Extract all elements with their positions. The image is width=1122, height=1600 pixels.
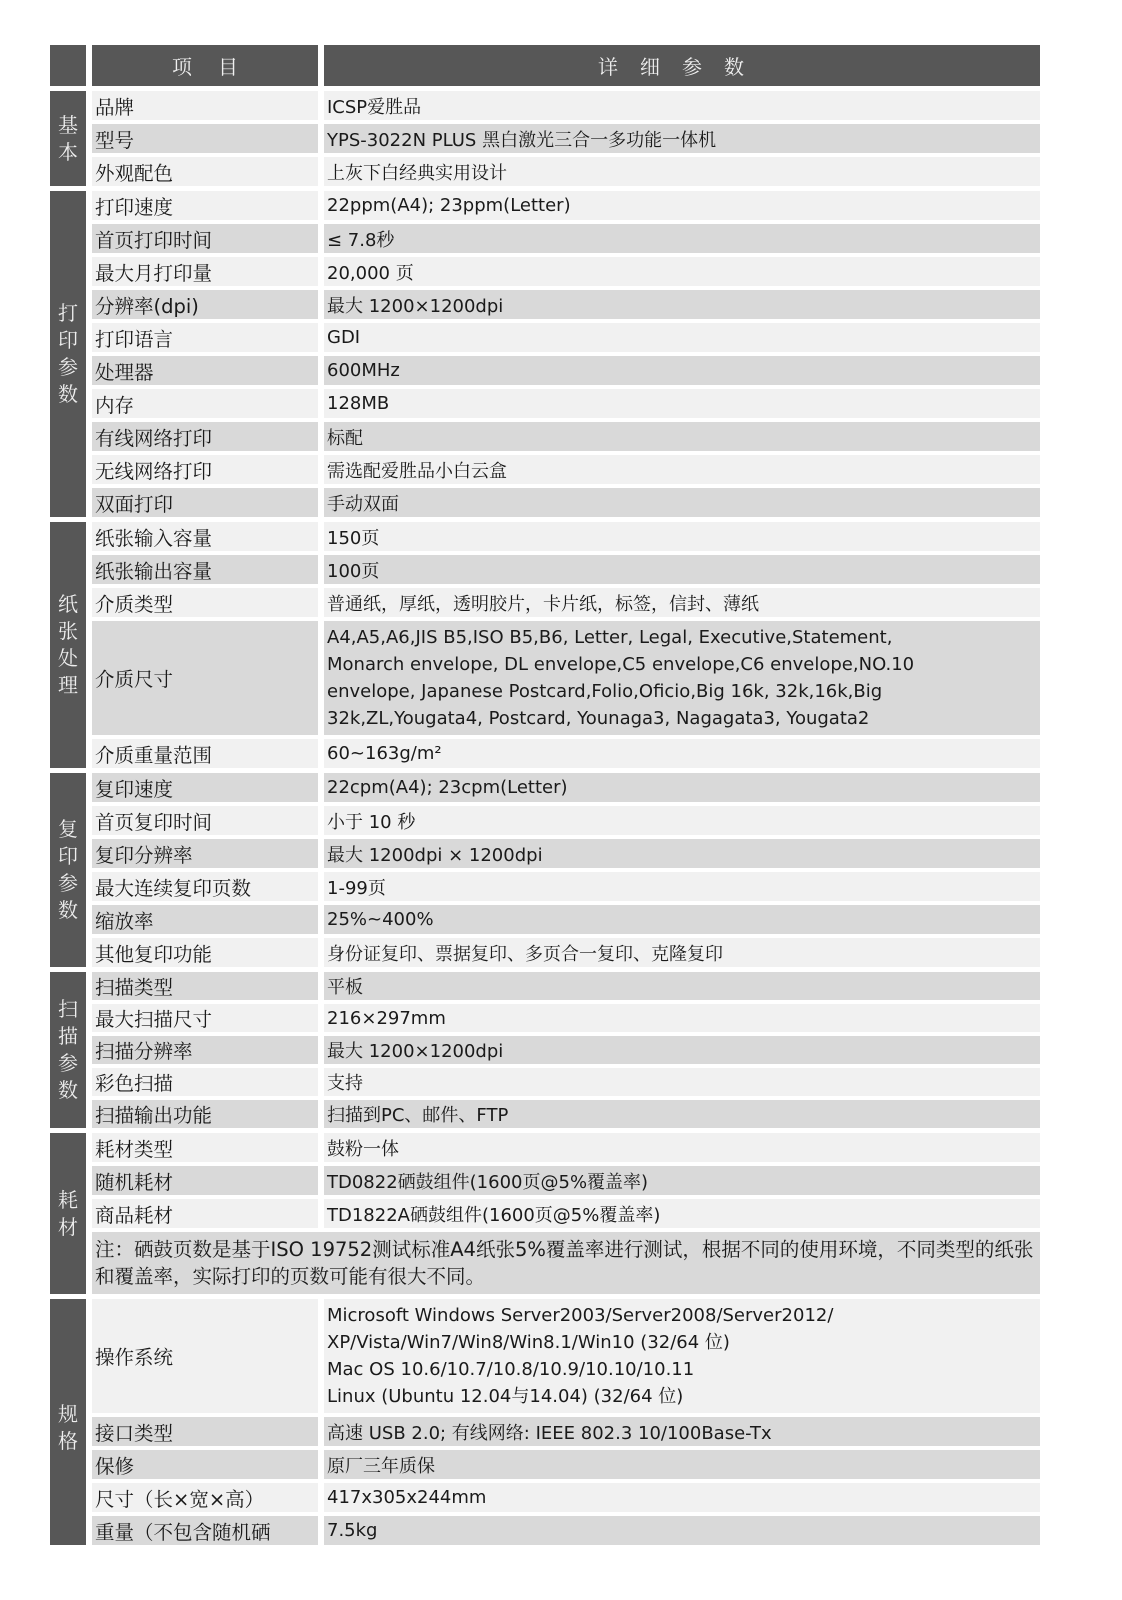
table-row: 纸张输入容量150页 [92, 522, 1040, 551]
table-row: 首页打印时间≤ 7.8秒 [92, 224, 1040, 253]
row-key: 介质尺寸 [92, 621, 318, 735]
group-label-text: 扫描参数 [58, 996, 78, 1104]
row-value: 上灰下白经典实用设计 [324, 157, 1040, 186]
table-row: 最大扫描尺寸216×297mm [92, 1004, 1040, 1032]
row-value: 需选配爱胜品小白云盒 [324, 455, 1040, 484]
row-key: 随机耗材 [92, 1166, 318, 1195]
table-row: 介质尺寸 A4,A5,A6,JIS B5,ISO B5,B6, Letter, … [92, 621, 1040, 735]
table-row: 双面打印手动双面 [92, 488, 1040, 517]
row-key: 首页复印时间 [92, 806, 318, 835]
consumables-note: 注：硒鼓页数是基于ISO 19752测试标准A4纸张5%覆盖率进行测试，根据不同… [92, 1232, 1040, 1294]
row-value: 原厂三年质保 [324, 1450, 1040, 1479]
table-row: 其他复印功能身份证复印、票据复印、多页合一复印、克隆复印 [92, 938, 1040, 967]
row-key: 彩色扫描 [92, 1068, 318, 1096]
row-value: 7.5kg [324, 1516, 1040, 1545]
table-row: 扫描输出功能扫描到PC、邮件、FTP [92, 1100, 1040, 1128]
row-value: 25%~400% [324, 905, 1040, 934]
row-value: 手动双面 [324, 488, 1040, 517]
row-value: 高速 USB 2.0; 有线网络: IEEE 802.3 10/100Base-… [324, 1417, 1040, 1446]
table-row: 有线网络打印标配 [92, 422, 1040, 451]
row-key: 最大扫描尺寸 [92, 1004, 318, 1032]
table-row: 重量（不包含随机硒7.5kg [92, 1516, 1040, 1545]
value-line: 32k,ZL,Yougata4, Postcard, Younaga3, Nag… [327, 705, 869, 732]
row-key: 重量（不包含随机硒 [92, 1516, 318, 1545]
row-key: 外观配色 [92, 157, 318, 186]
group-label-text: 打印参数 [58, 300, 78, 408]
row-value: 1-99页 [324, 872, 1040, 901]
value-line: envelope, Japanese Postcard,Folio,Oficio… [327, 678, 882, 705]
row-key: 型号 [92, 124, 318, 153]
header-detail-column: 详细参数 [324, 45, 1040, 86]
row-value: 60~163g/m² [324, 739, 1040, 768]
row-value: 150页 [324, 522, 1040, 551]
row-key: 保修 [92, 1450, 318, 1479]
header-group-cell [50, 45, 86, 86]
row-key: 尺寸（长×宽×高） [92, 1483, 318, 1512]
row-key: 打印语言 [92, 323, 318, 352]
row-value: YPS-3022N PLUS 黑白激光三合一多功能一体机 [324, 124, 1040, 153]
row-value: 平板 [324, 972, 1040, 1000]
table-row: 品牌ICSP爱胜品 [92, 91, 1040, 120]
row-key: 分辨率(dpi) [92, 290, 318, 319]
row-value: GDI [324, 323, 1040, 352]
row-key: 扫描输出功能 [92, 1100, 318, 1128]
table-row: 最大连续复印页数1-99页 [92, 872, 1040, 901]
table-header: 项目 详细参数 [50, 45, 1040, 86]
table-row: 处理器600MHz [92, 356, 1040, 385]
table-row: 操作系统 Microsoft Windows Server2003/Server… [92, 1299, 1040, 1413]
row-value: 20,000 页 [324, 257, 1040, 286]
row-key: 打印速度 [92, 191, 318, 220]
table-row: 打印语言GDI [92, 323, 1040, 352]
group-label-text: 耗材 [58, 1187, 78, 1241]
row-key: 介质类型 [92, 588, 318, 617]
value-line: XP/Vista/Win7/Win8/Win8.1/Win10 (32/64 位… [327, 1329, 730, 1356]
row-key: 最大连续复印页数 [92, 872, 318, 901]
table-row: 彩色扫描支持 [92, 1068, 1040, 1096]
row-key: 品牌 [92, 91, 318, 120]
group-label-text: 规格 [58, 1401, 78, 1455]
table-row: 复印分辨率最大 1200dpi × 1200dpi [92, 839, 1040, 868]
group-paper: 纸张处理 纸张输入容量150页 纸张输出容量100页 介质类型普通纸，厚纸，透明… [50, 522, 1040, 768]
row-value: 最大 1200×1200dpi [324, 290, 1040, 319]
row-key: 操作系统 [92, 1299, 318, 1413]
group-label: 扫描参数 [50, 972, 86, 1128]
row-key: 有线网络打印 [92, 422, 318, 451]
table-row: 缩放率25%~400% [92, 905, 1040, 934]
group-scan: 扫描参数 扫描类型平板 最大扫描尺寸216×297mm 扫描分辨率最大 1200… [50, 972, 1040, 1128]
group-label-text: 复印参数 [58, 816, 78, 924]
group-label: 耗材 [50, 1133, 86, 1294]
table-row: 内存128MB [92, 389, 1040, 418]
value-line: A4,A5,A6,JIS B5,ISO B5,B6, Letter, Legal… [327, 624, 892, 651]
row-value: ≤ 7.8秒 [324, 224, 1040, 253]
value-line: Monarch envelope, DL envelope,C5 envelop… [327, 651, 914, 678]
row-key: 扫描分辨率 [92, 1036, 318, 1064]
group-label: 复印参数 [50, 773, 86, 967]
table-row: 介质重量范围60~163g/m² [92, 739, 1040, 768]
table-row: 随机耗材TD0822硒鼓组件(1600页@5%覆盖率) [92, 1166, 1040, 1195]
row-key: 首页打印时间 [92, 224, 318, 253]
row-key: 耗材类型 [92, 1133, 318, 1162]
table-row: 保修原厂三年质保 [92, 1450, 1040, 1479]
row-key: 其他复印功能 [92, 938, 318, 967]
value-line: Mac OS 10.6/10.7/10.8/10.9/10.10/10.11 [327, 1356, 694, 1383]
row-value: 最大 1200×1200dpi [324, 1036, 1040, 1064]
row-value: 128MB [324, 389, 1040, 418]
table-row: 尺寸（长×宽×高）417x305x244mm [92, 1483, 1040, 1512]
row-key: 无线网络打印 [92, 455, 318, 484]
group-print: 打印参数 打印速度22ppm(A4); 23ppm(Letter) 首页打印时间… [50, 191, 1040, 517]
table-row: 商品耗材TD1822A硒鼓组件(1600页@5%覆盖率) [92, 1199, 1040, 1228]
table-row: 首页复印时间小于 10 秒 [92, 806, 1040, 835]
group-basic: 基本 品牌ICSP爱胜品 型号YPS-3022N PLUS 黑白激光三合一多功能… [50, 91, 1040, 186]
row-value: 600MHz [324, 356, 1040, 385]
table-row: 打印速度22ppm(A4); 23ppm(Letter) [92, 191, 1040, 220]
row-value: 417x305x244mm [324, 1483, 1040, 1512]
header-item-column: 项目 [92, 45, 318, 86]
row-key: 纸张输入容量 [92, 522, 318, 551]
group-specs: 规格 操作系统 Microsoft Windows Server2003/Ser… [50, 1299, 1040, 1545]
group-copy: 复印参数 复印速度22cpm(A4); 23cpm(Letter) 首页复印时间… [50, 773, 1040, 967]
row-value: TD1822A硒鼓组件(1600页@5%覆盖率) [324, 1199, 1040, 1228]
row-value: 扫描到PC、邮件、FTP [324, 1100, 1040, 1128]
row-value: 最大 1200dpi × 1200dpi [324, 839, 1040, 868]
row-value-multiline: A4,A5,A6,JIS B5,ISO B5,B6, Letter, Legal… [324, 621, 1040, 735]
row-value: 鼓粉一体 [324, 1133, 1040, 1162]
group-label: 规格 [50, 1299, 86, 1545]
row-key: 双面打印 [92, 488, 318, 517]
table-row-note: 注：硒鼓页数是基于ISO 19752测试标准A4纸张5%覆盖率进行测试，根据不同… [92, 1232, 1040, 1294]
spec-table: 项目 详细参数 基本 品牌ICSP爱胜品 型号YPS-3022N PLUS 黑白… [50, 45, 1040, 1550]
table-row: 分辨率(dpi)最大 1200×1200dpi [92, 290, 1040, 319]
table-row: 复印速度22cpm(A4); 23cpm(Letter) [92, 773, 1040, 802]
row-key: 复印速度 [92, 773, 318, 802]
group-label-text: 纸张处理 [58, 591, 78, 699]
group-consumables: 耗材 耗材类型鼓粉一体 随机耗材TD0822硒鼓组件(1600页@5%覆盖率) … [50, 1133, 1040, 1294]
row-value: 216×297mm [324, 1004, 1040, 1032]
value-line: Linux (Ubuntu 12.04与14.04) (32/64 位) [327, 1383, 683, 1410]
row-key: 扫描类型 [92, 972, 318, 1000]
row-key: 纸张输出容量 [92, 555, 318, 584]
table-row: 无线网络打印需选配爱胜品小白云盒 [92, 455, 1040, 484]
row-key: 最大月打印量 [92, 257, 318, 286]
row-key: 接口类型 [92, 1417, 318, 1446]
group-label: 打印参数 [50, 191, 86, 517]
table-row: 型号YPS-3022N PLUS 黑白激光三合一多功能一体机 [92, 124, 1040, 153]
table-row: 纸张输出容量100页 [92, 555, 1040, 584]
table-row: 介质类型普通纸，厚纸，透明胶片，卡片纸，标签，信封、薄纸 [92, 588, 1040, 617]
row-value-multiline: Microsoft Windows Server2003/Server2008/… [324, 1299, 1040, 1413]
table-row: 最大月打印量20,000 页 [92, 257, 1040, 286]
table-row: 接口类型高速 USB 2.0; 有线网络: IEEE 802.3 10/100B… [92, 1417, 1040, 1446]
row-value: TD0822硒鼓组件(1600页@5%覆盖率) [324, 1166, 1040, 1195]
row-key: 商品耗材 [92, 1199, 318, 1228]
table-row: 扫描类型平板 [92, 972, 1040, 1000]
table-row: 外观配色上灰下白经典实用设计 [92, 157, 1040, 186]
row-value: ICSP爱胜品 [324, 91, 1040, 120]
row-key: 处理器 [92, 356, 318, 385]
row-value: 22ppm(A4); 23ppm(Letter) [324, 191, 1040, 220]
table-row: 扫描分辨率最大 1200×1200dpi [92, 1036, 1040, 1064]
table-row: 耗材类型鼓粉一体 [92, 1133, 1040, 1162]
row-key: 缩放率 [92, 905, 318, 934]
group-label: 基本 [50, 91, 86, 186]
value-line: Microsoft Windows Server2003/Server2008/… [327, 1302, 833, 1329]
row-value: 小于 10 秒 [324, 806, 1040, 835]
row-key: 内存 [92, 389, 318, 418]
row-value: 100页 [324, 555, 1040, 584]
row-value: 身份证复印、票据复印、多页合一复印、克隆复印 [324, 938, 1040, 967]
group-label-text: 基本 [58, 112, 78, 166]
row-key: 介质重量范围 [92, 739, 318, 768]
row-value: 支持 [324, 1068, 1040, 1096]
row-value: 标配 [324, 422, 1040, 451]
row-key: 复印分辨率 [92, 839, 318, 868]
row-value: 22cpm(A4); 23cpm(Letter) [324, 773, 1040, 802]
group-label: 纸张处理 [50, 522, 86, 768]
row-value: 普通纸，厚纸，透明胶片，卡片纸，标签，信封、薄纸 [324, 588, 1040, 617]
